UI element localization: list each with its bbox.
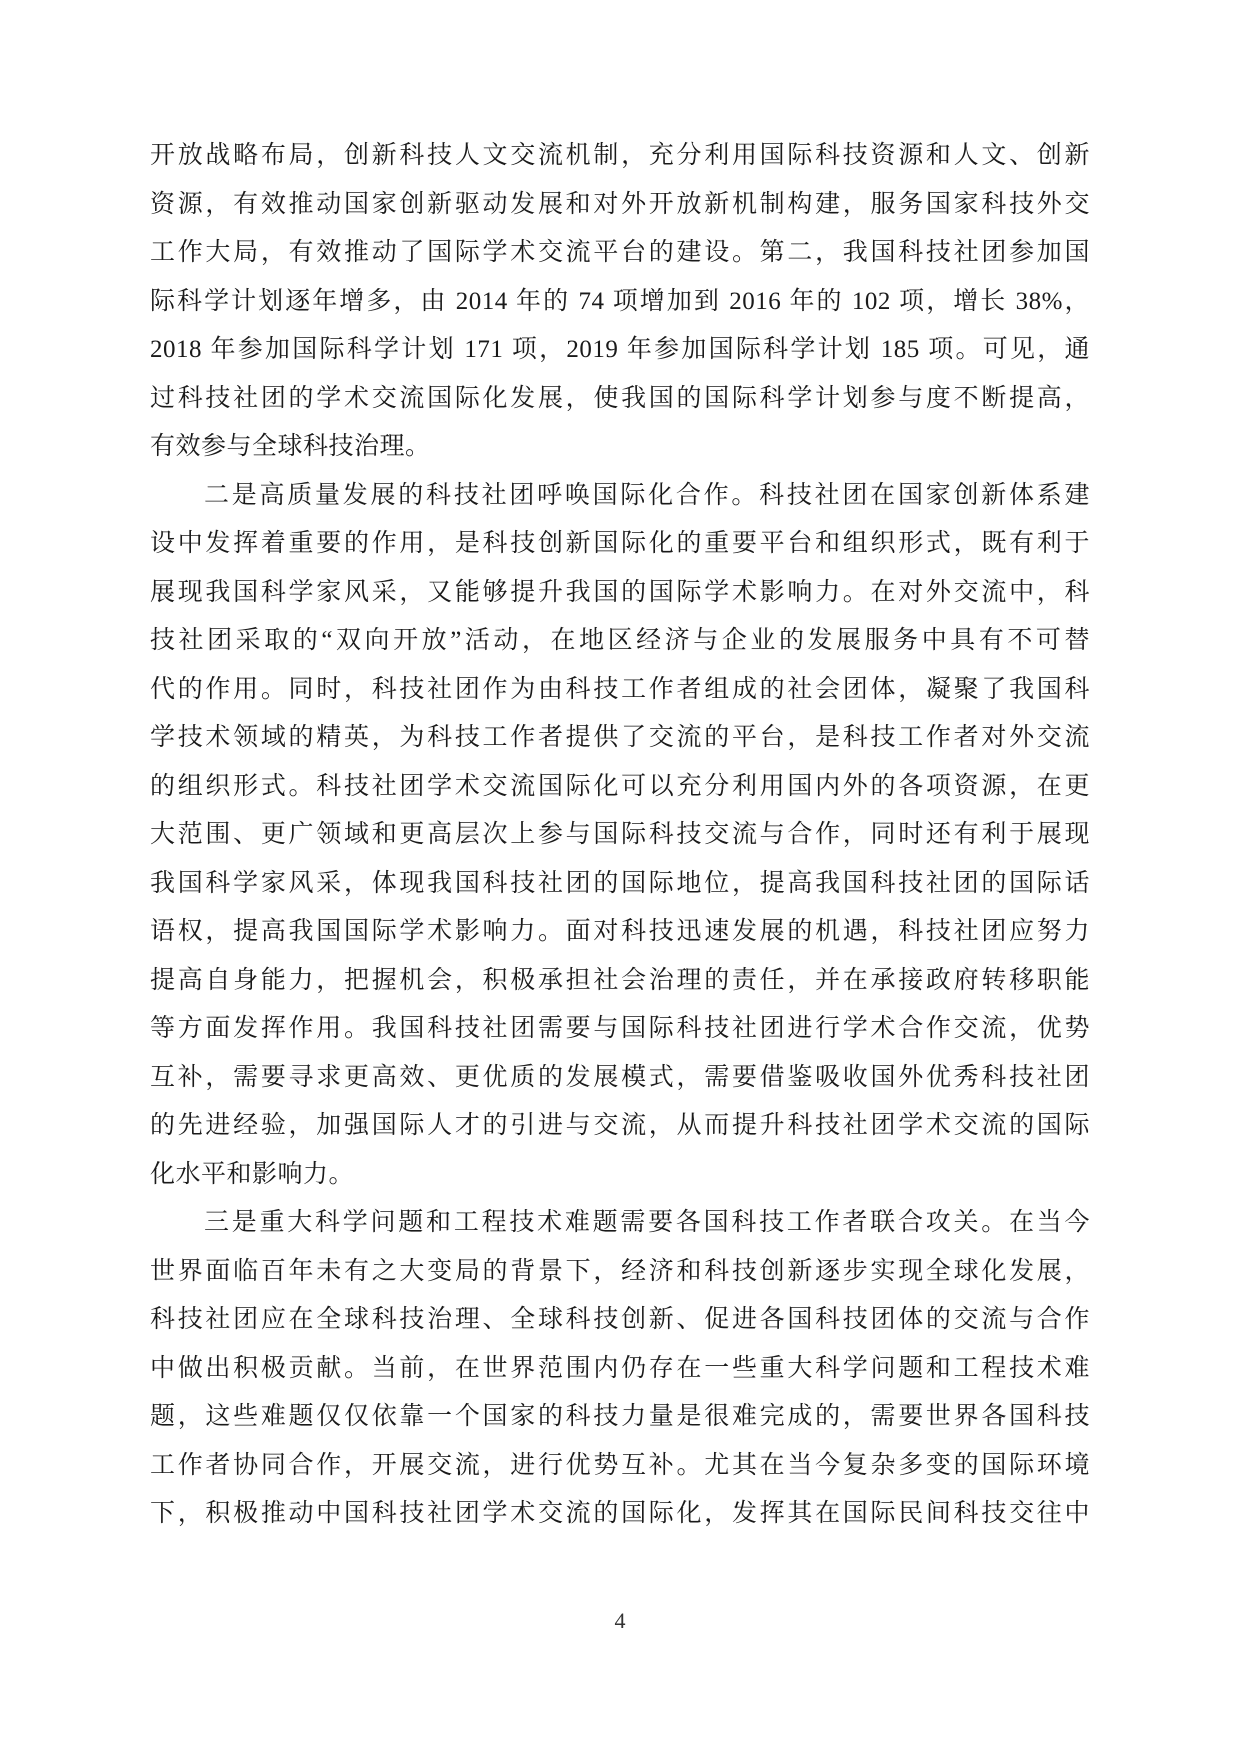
page-number: 4 — [0, 1608, 1240, 1634]
text-line: 二是高质量发展的科技社团呼唤国际化合作。科技社团在国家创新体系建 — [150, 472, 1090, 521]
text-line: 互补，需要寻求更高效、更优质的发展模式，需要借鉴吸收国外优秀科技社团 — [150, 1054, 1090, 1103]
text-line: 代的作用。同时，科技社团作为由科技工作者组成的社会团体，凝聚了我国科 — [150, 666, 1090, 715]
text-line: 世界面临百年未有之大变局的背景下，经济和科技创新逐步实现全球化发展， — [150, 1248, 1090, 1297]
text-line: 工作者协同合作，开展交流，进行优势互补。尤其在当今复杂多变的国际环境 — [150, 1442, 1090, 1491]
document-body: 开放战略布局，创新科技人文交流机制，充分利用国际科技资源和人文、创新资源，有效推… — [150, 132, 1090, 1539]
text-line: 提高自身能力，把握机会，积极承担社会治理的责任，并在承接政府转移职能 — [150, 957, 1090, 1006]
text-line: 工作大局，有效推动了国际学术交流平台的建设。第二，我国科技社团参加国 — [150, 229, 1090, 278]
text-line: 开放战略布局，创新科技人文交流机制，充分利用国际科技资源和人文、创新 — [150, 132, 1090, 181]
text-line: 过科技社团的学术交流国际化发展，使我国的国际科学计划参与度不断提高， — [150, 375, 1090, 424]
text-line: 学技术领域的精英，为科技工作者提供了交流的平台，是科技工作者对外交流 — [150, 714, 1090, 763]
text-line: 化水平和影响力。 — [150, 1151, 1090, 1200]
text-line: 2018 年参加国际科学计划 171 项，2019 年参加国际科学计划 185 … — [150, 326, 1090, 375]
text-line: 大范围、更广领域和更高层次上参与国际科技交流与合作，同时还有利于展现 — [150, 811, 1090, 860]
document-page: 开放战略布局，创新科技人文交流机制，充分利用国际科技资源和人文、创新资源，有效推… — [0, 0, 1240, 1753]
text-line: 的组织形式。科技社团学术交流国际化可以充分利用国内外的各项资源，在更 — [150, 763, 1090, 812]
text-line: 中做出积极贡献。当前，在世界范围内仍存在一些重大科学问题和工程技术难 — [150, 1345, 1090, 1394]
text-line: 科技社团应在全球科技治理、全球科技创新、促进各国科技团体的交流与合作 — [150, 1296, 1090, 1345]
text-line: 我国科学家风采，体现我国科技社团的国际地位，提高我国科技社团的国际话 — [150, 860, 1090, 909]
text-line: 语权，提高我国国际学术影响力。面对科技迅速发展的机遇，科技社团应努力 — [150, 908, 1090, 957]
text-line: 题，这些难题仅仅依靠一个国家的科技力量是很难完成的，需要世界各国科技 — [150, 1393, 1090, 1442]
text-line: 有效参与全球科技治理。 — [150, 423, 1090, 472]
text-line: 三是重大科学问题和工程技术难题需要各国科技工作者联合攻关。在当今 — [150, 1199, 1090, 1248]
text-line: 下，积极推动中国科技社团学术交流的国际化，发挥其在国际民间科技交往中 — [150, 1490, 1090, 1539]
text-line: 等方面发挥作用。我国科技社团需要与国际科技社团进行学术合作交流，优势 — [150, 1005, 1090, 1054]
text-line: 资源，有效推动国家创新驱动发展和对外开放新机制构建，服务国家科技外交 — [150, 181, 1090, 230]
text-line: 际科学计划逐年增多，由 2014 年的 74 项增加到 2016 年的 102 … — [150, 278, 1090, 327]
text-line: 的先进经验，加强国际人才的引进与交流，从而提升科技社团学术交流的国际 — [150, 1102, 1090, 1151]
text-line: 技社团采取的“双向开放”活动，在地区经济与企业的发展服务中具有不可替 — [150, 617, 1090, 666]
text-line: 设中发挥着重要的作用，是科技创新国际化的重要平台和组织形式，既有利于 — [150, 520, 1090, 569]
text-line: 展现我国科学家风采，又能够提升我国的国际学术影响力。在对外交流中，科 — [150, 569, 1090, 618]
